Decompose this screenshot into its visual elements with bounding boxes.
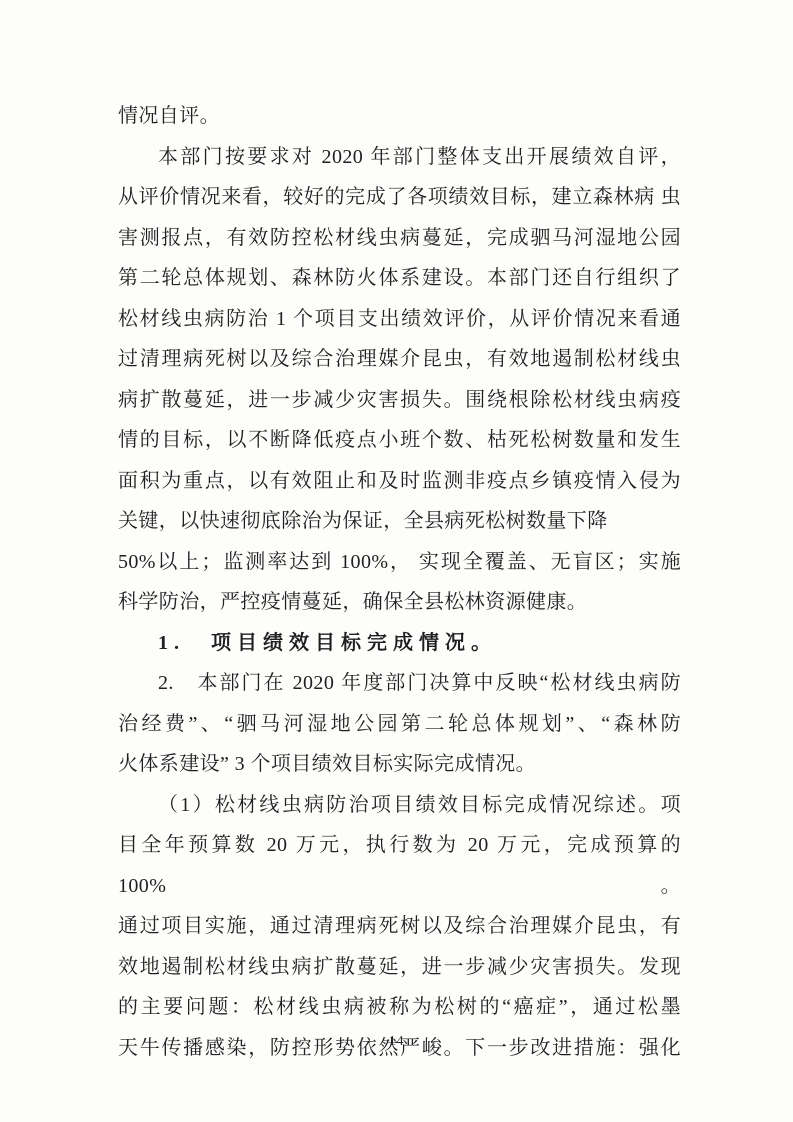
text-line: 病扩散蔓延，进一步减少灾害损失。围绕根除松材线虫病疫 <box>118 380 681 421</box>
text-line: 松材线虫病防治 1 个项目支出绩效评价，从评价情况来看通 <box>118 299 681 340</box>
text-line: 情的目标，以不断降低疫点小班个数、枯死松树数量和发生 <box>118 420 681 461</box>
text-line: 的主要问题：松材线虫病被称为松树的“癌症”，通过松墨 <box>118 987 681 1028</box>
text-line: 目全年预算数 20 万元，执行数为 20 万元，完成预算的 100%。 <box>118 825 681 906</box>
text-line: 火体系建设” 3 个项目绩效目标实际完成情况。 <box>118 744 681 785</box>
text-line: 效地遏制松材线虫病扩散蔓延，进一步减少灾害损失。发现 <box>118 947 681 988</box>
text-line: 通过项目实施，通过清理病死树以及综合治理媒介昆虫，有 <box>118 906 681 947</box>
text-line: 本部门按要求对 2020 年部门整体支出开展绩效自评， <box>118 137 681 178</box>
text-line: 从评价情况来看，较好的完成了各项绩效目标，建立森林病 虫 <box>118 177 681 218</box>
text-line: 治经费”、“驷马河湿地公园第二轮总体规划”、“森林防 <box>118 704 681 745</box>
text-line: 2. 本部门在 2020 年度部门决算中反映“松材线虫病防 <box>118 663 681 704</box>
text-line: 第二轮总体规划、森林防火体系建设。本部门还自行组织了 <box>118 258 681 299</box>
text-line: 情况自评。 <box>118 96 681 137</box>
document-page: 情况自评。本部门按要求对 2020 年部门整体支出开展绩效自评，从评价情况来看，… <box>0 0 793 1122</box>
text-line: （1）松材线虫病防治项目绩效目标完成情况综述。项 <box>118 785 681 826</box>
text-line: 50%以上；监测率达到 100%， 实现全覆盖、无盲区；实施 <box>118 542 681 583</box>
text-line: 关键，以快速彻底除治为保证，全县病死松树数量下降 <box>118 501 681 542</box>
text-line: 面积为重点，以有效阻止和及时监测非疫点乡镇疫情入侵为 <box>118 461 681 502</box>
text-line: 过清理病死树以及综合治理媒介昆虫，有效地遏制松材线虫 <box>118 339 681 380</box>
text-line: 害测报点，有效防控松材线虫病蔓延，完成驷马河湿地公园 <box>118 218 681 259</box>
document-body: 情况自评。本部门按要求对 2020 年部门整体支出开展绩效自评，从评价情况来看，… <box>118 96 681 1068</box>
heading-line: 1. 项目绩效目标完成情况。 <box>118 623 681 664</box>
page-number: 14 <box>0 1034 793 1050</box>
text-line: 科学防治，严控疫情蔓延，确保全县松林资源健康。 <box>118 582 681 623</box>
